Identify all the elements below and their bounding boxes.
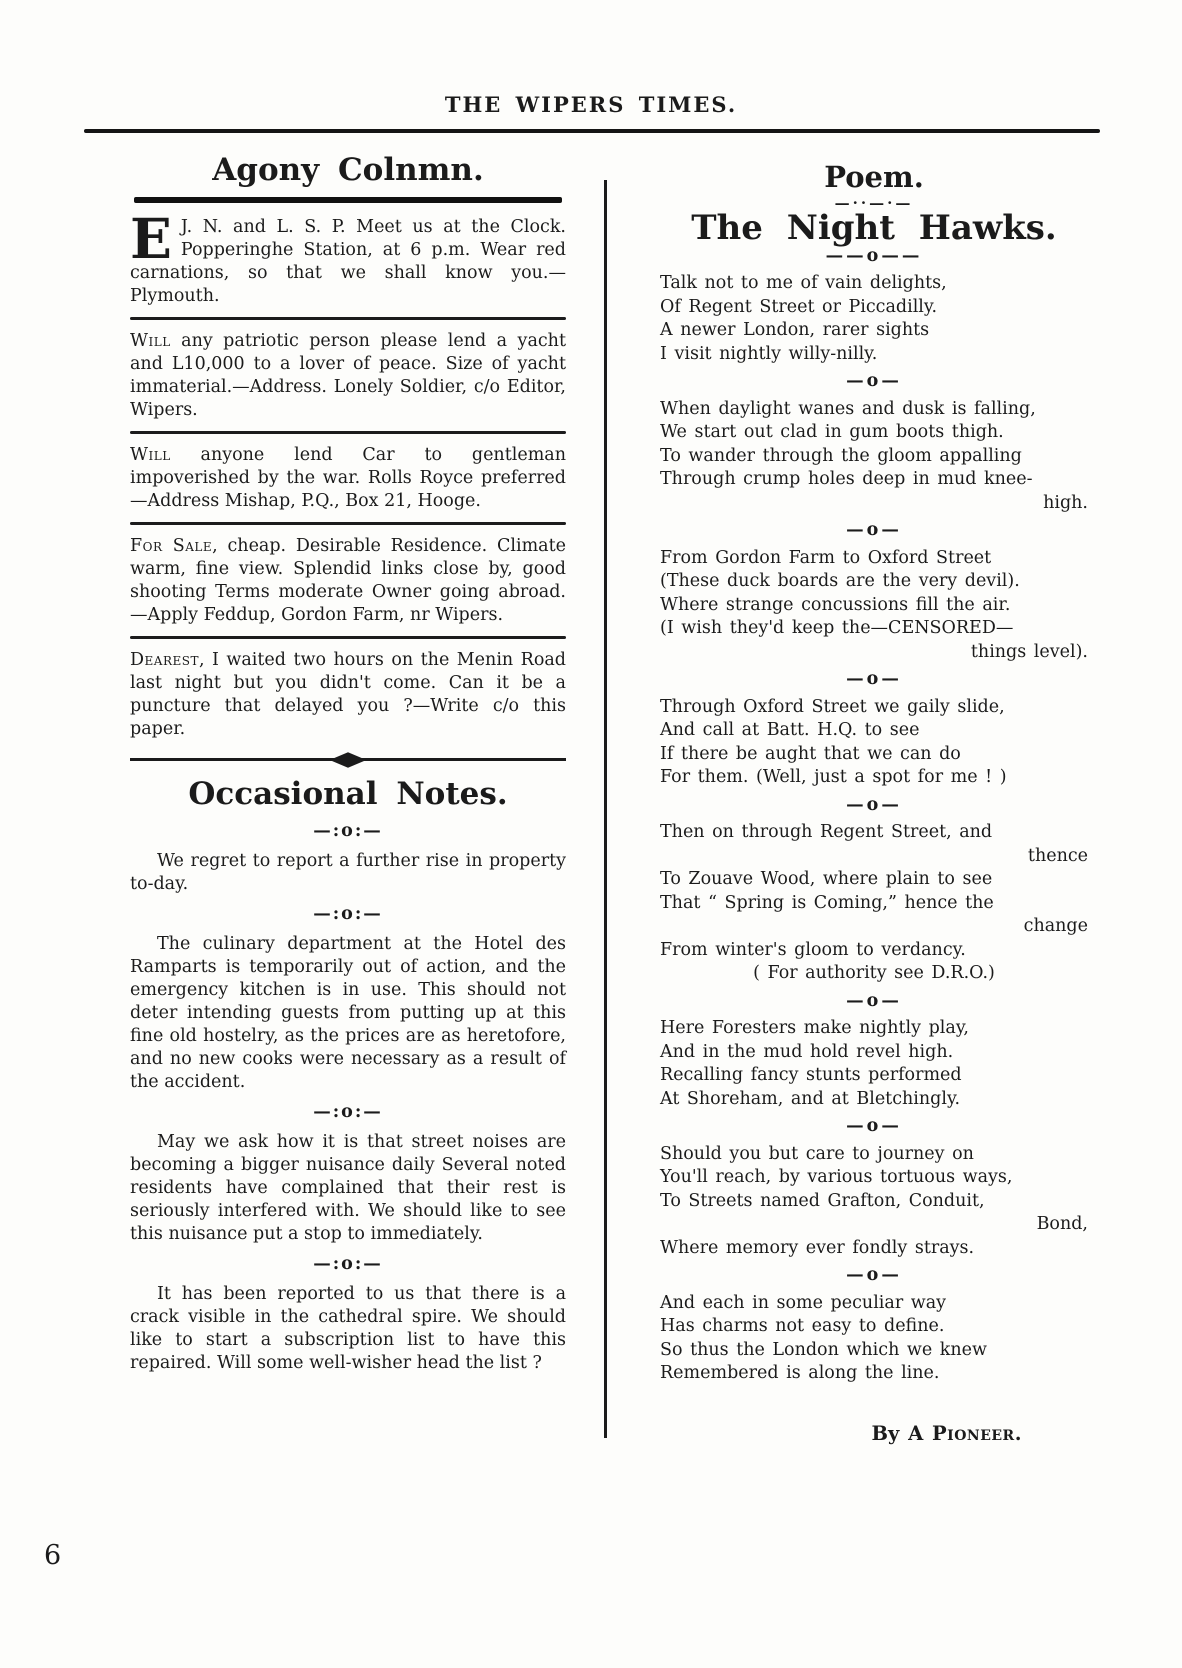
poem-line: For them. (Well, just a spot for me ! ): [660, 766, 1088, 790]
colon-o-divider: —:o:—: [130, 1253, 566, 1276]
byline-lead: By A: [871, 1422, 932, 1445]
newspaper-page: THE WIPERS TIMES. Agony Colnmn. EJ. N. a…: [0, 0, 1182, 1668]
stanza-divider: —o—: [660, 1115, 1088, 1139]
poem-stanza: Through Oxford Street we gaily slide, An…: [660, 696, 1088, 790]
poem-line: Here Foresters make nightly play,: [660, 1017, 1088, 1041]
stanza-divider: —o—: [660, 519, 1088, 543]
poem-line: Bond,: [660, 1213, 1088, 1237]
poem-line: And in the mud hold revel high.: [660, 1041, 1088, 1065]
poem-line: ( For authority see D.R.O.): [660, 962, 1088, 986]
poem-line: I visit nightly willy-nilly.: [660, 343, 1088, 367]
drop-cap-e: E: [130, 216, 181, 259]
poem-line: thence: [660, 845, 1088, 869]
ad-yacht: Will any patriotic person please lend a …: [130, 330, 566, 422]
hawks-ornament: ——o——: [660, 245, 1088, 269]
poem-line: Through crump holes deep in mud knee-: [660, 468, 1088, 492]
poem-line: From winter's gloom to verdancy.: [660, 939, 1088, 963]
poem-line: If there be aught that we can do: [660, 743, 1088, 767]
ad-for-sale: For Sale, cheap. Desirable Residence. Cl…: [130, 535, 566, 627]
poem-line: Then on through Regent Street, and: [660, 821, 1088, 845]
poem-line: A newer London, rarer sights: [660, 319, 1088, 343]
poem-line: To wander through the gloom appalling: [660, 445, 1088, 469]
poem-line: You'll reach, by various tortuous ways,: [660, 1166, 1088, 1190]
diamond-divider-rule: [130, 758, 566, 761]
column-divider-rule: [604, 180, 607, 1438]
poem-line: We start out clad in gum boots thigh.: [660, 421, 1088, 445]
poem-line: Of Regent Street or Piccadilly.: [660, 296, 1088, 320]
poem-line: change: [660, 915, 1088, 939]
stanza-divider: —o—: [660, 794, 1088, 818]
ad-text: any patriotic person please lend a yacht…: [130, 331, 566, 420]
stanza-divider: —o—: [660, 668, 1088, 692]
ad-lead-word: For Sale: [130, 536, 212, 556]
byline-author: Pioneer.: [932, 1422, 1022, 1445]
poem-stanza: Then on through Regent Street, and thenc…: [660, 821, 1088, 986]
ad-meet-us: EJ. N. and L. S. P. Meet us at the Clock…: [130, 216, 566, 308]
poem-line: things level).: [660, 641, 1088, 665]
ad-lead-word: Will: [130, 445, 171, 465]
colon-o-divider: —:o:—: [130, 903, 566, 926]
note-paragraph: May we ask how it is that street noises …: [130, 1131, 566, 1246]
poem-stanza: Should you but care to journey on You'll…: [660, 1143, 1088, 1261]
poem-line: high.: [660, 492, 1088, 516]
poem-line: Should you but care to journey on: [660, 1143, 1088, 1167]
masthead-rule: [84, 129, 1100, 133]
ad-divider-rule: [130, 636, 566, 639]
ad-lead-word: Dearest: [130, 650, 199, 670]
page-number: 6: [44, 1540, 61, 1571]
poem-line: (These duck boards are the very devil).: [660, 570, 1088, 594]
poem-line: Recalling fancy stunts performed: [660, 1064, 1088, 1088]
note-paragraph: The culinary department at the Hotel des…: [130, 933, 566, 1094]
poem-line: (I wish they'd keep the—CENSORED—: [660, 617, 1088, 641]
colon-o-divider: —:o:—: [130, 820, 566, 843]
poem-stanza: When daylight wanes and dusk is falling,…: [660, 398, 1088, 516]
poem-line: Remembered is along the line.: [660, 1362, 1088, 1386]
poem-line: Where memory ever fondly strays.: [660, 1237, 1088, 1261]
stanza-divider: —o—: [660, 990, 1088, 1014]
stanza-divider: —o—: [660, 1264, 1088, 1288]
poem-stanza: From Gordon Farm to Oxford Street (These…: [660, 547, 1088, 665]
poem-line: When daylight wanes and dusk is falling,: [660, 398, 1088, 422]
agony-heading-rule: [134, 197, 562, 203]
ad-dearest: Dearest, I waited two hours on the Menin…: [130, 649, 566, 741]
left-column: Agony Colnmn. EJ. N. and L. S. P. Meet u…: [130, 152, 566, 1375]
ad-text: J. N. and L. S. P. Meet us at the Clock.…: [130, 217, 566, 306]
note-paragraph: It has been reported to us that there is…: [130, 1283, 566, 1375]
poem-line: That “ Spring is Coming,” hence the: [660, 892, 1088, 916]
poem-line: To Streets named Grafton, Conduit,: [660, 1190, 1088, 1214]
poem-line: And each in some peculiar way: [660, 1292, 1088, 1316]
poem-title: The Night Hawks.: [660, 217, 1088, 241]
occasional-notes-heading: Occasional Notes.: [130, 776, 566, 813]
poem-line: So thus the London which we knew: [660, 1339, 1088, 1363]
ad-divider-rule: [130, 431, 566, 434]
agony-column-heading: Agony Colnmn.: [130, 152, 566, 189]
poem-line: Where strange concussions fill the air.: [660, 594, 1088, 618]
ad-divider-rule: [130, 317, 566, 320]
ad-car: Will anyone lend Car to gentleman impove…: [130, 444, 566, 513]
ad-text: anyone lend Car to gentleman impoverishe…: [130, 445, 566, 511]
masthead-title: THE WIPERS TIMES.: [0, 92, 1182, 117]
poem-stanza: Here Foresters make nightly play, And in…: [660, 1017, 1088, 1111]
note-paragraph: We regret to report a further rise in pr…: [130, 850, 566, 896]
colon-o-divider: —:o:—: [130, 1101, 566, 1124]
stanza-divider: —o—: [660, 370, 1088, 394]
right-column: Poem. —··—·— The Night Hawks. ——o—— Talk…: [660, 152, 1088, 1445]
poem-line: To Zouave Wood, where plain to see: [660, 868, 1088, 892]
poem-stanza: And each in some peculiar way Has charms…: [660, 1292, 1088, 1386]
poem-line: Has charms not easy to define.: [660, 1315, 1088, 1339]
poem-line: From Gordon Farm to Oxford Street: [660, 547, 1088, 571]
poem-line: And call at Batt. H.Q. to see: [660, 719, 1088, 743]
poem-byline: By A Pioneer.: [660, 1422, 1088, 1446]
ad-lead-word: Will: [130, 331, 171, 351]
poem-kicker-heading: Poem.: [660, 166, 1088, 190]
poem-stanza: Talk not to me of vain delights, Of Rege…: [660, 272, 1088, 366]
poem-line: Through Oxford Street we gaily slide,: [660, 696, 1088, 720]
poem-line: Talk not to me of vain delights,: [660, 272, 1088, 296]
ad-divider-rule: [130, 522, 566, 525]
poem-line: At Shoreham, and at Bletchingly.: [660, 1088, 1088, 1112]
